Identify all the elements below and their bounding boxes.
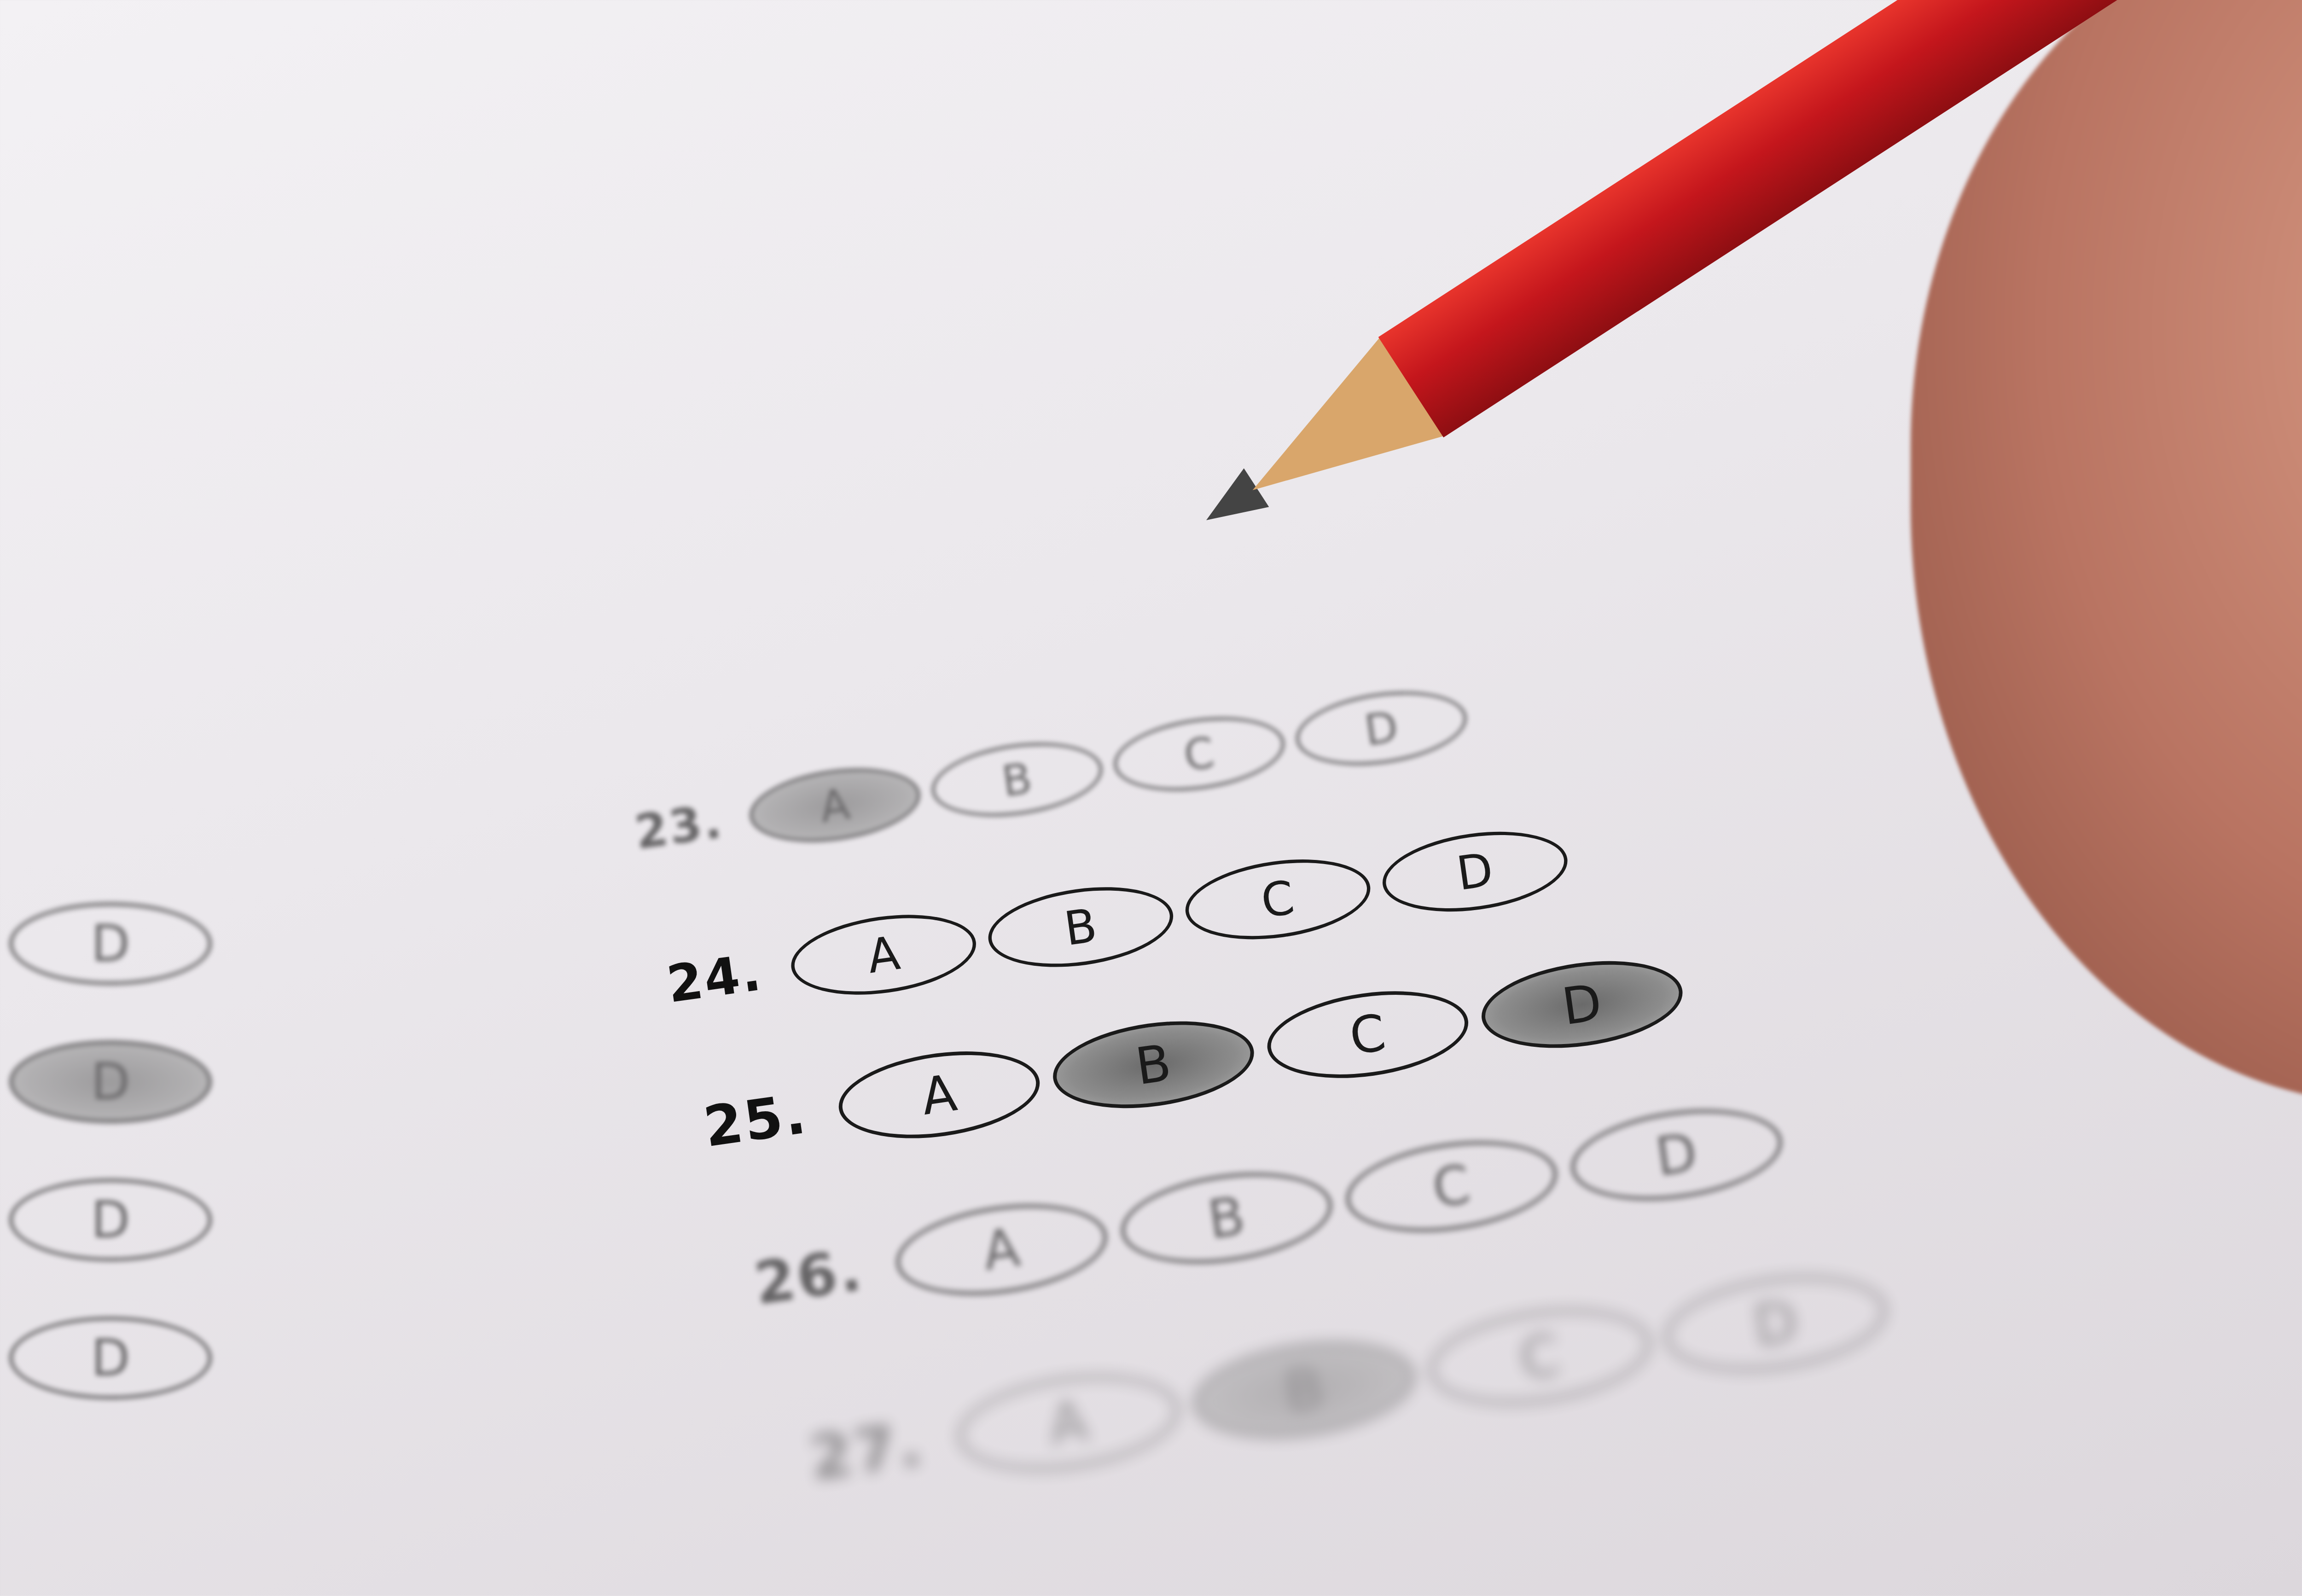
photo-scene: 23. A B C D 24. A B C D 25. A B C D 26. … xyxy=(0,0,2302,1596)
question-number: 24. xyxy=(663,943,766,1014)
bubble-c[interactable]: C xyxy=(1423,1296,1657,1417)
bubble-a[interactable]: A xyxy=(833,1040,1045,1150)
bubble-d[interactable]: D xyxy=(1565,1097,1788,1213)
bubble-a[interactable]: A xyxy=(890,1192,1113,1307)
bubble-a[interactable]: A xyxy=(786,904,981,1005)
bubble-d[interactable]: D xyxy=(1659,1263,1892,1384)
bubble-a[interactable]: A xyxy=(744,758,925,852)
question-number: 27. xyxy=(805,1409,928,1494)
question-row-23: 23. A B C D xyxy=(630,680,1483,868)
bubble-c[interactable]: C xyxy=(1180,849,1375,950)
bubble-d[interactable]: D xyxy=(1291,682,1471,776)
bubble-a[interactable]: A xyxy=(952,1363,1185,1484)
bubble-d[interactable]: D xyxy=(1377,821,1572,922)
hand xyxy=(1911,0,2302,1105)
bubble-c[interactable]: C xyxy=(1340,1129,1563,1244)
bubble-b[interactable]: B xyxy=(1047,1010,1260,1120)
bubble-b[interactable]: B xyxy=(1115,1160,1338,1276)
bubble-d[interactable]: D xyxy=(9,1317,212,1399)
question-number: 25. xyxy=(700,1082,811,1160)
bubble-c[interactable]: C xyxy=(1261,980,1474,1090)
bubble-d[interactable]: D xyxy=(9,1040,212,1123)
bubble-c[interactable]: C xyxy=(1109,707,1290,801)
bubble-b[interactable]: B xyxy=(983,876,1178,978)
left-column-bubbles: D D D D xyxy=(9,902,226,1399)
question-number: 26. xyxy=(750,1236,867,1317)
bubble-b[interactable]: B xyxy=(927,733,1107,827)
bubble-d[interactable]: D xyxy=(9,902,212,985)
bubble-d[interactable]: D xyxy=(1476,949,1688,1059)
bubble-b[interactable]: B xyxy=(1187,1329,1421,1451)
bubble-d[interactable]: D xyxy=(9,1178,212,1261)
question-number: 23. xyxy=(632,794,726,860)
